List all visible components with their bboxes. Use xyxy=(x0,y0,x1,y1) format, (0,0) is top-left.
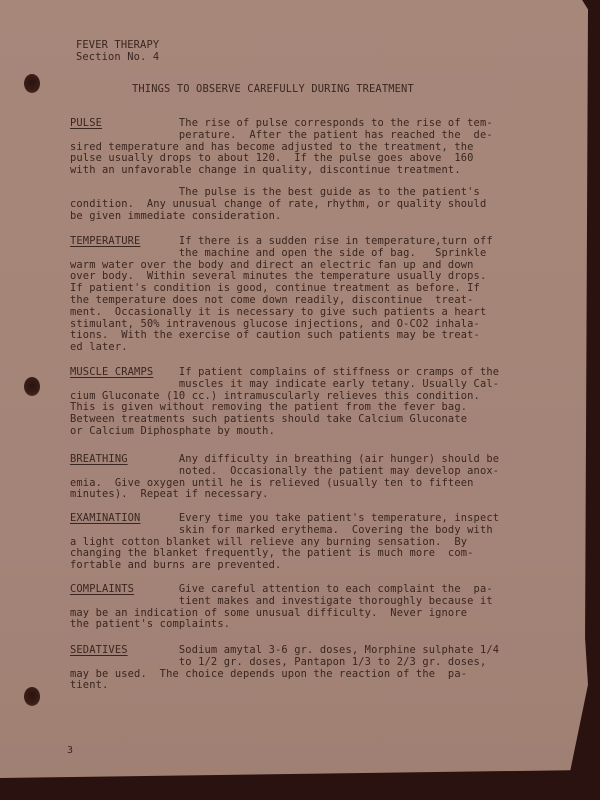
document-title: THINGS TO OBSERVE CAREFULLY DURING TREAT… xyxy=(132,84,414,96)
paragraph-line: or Calcium Diphosphate by mouth. xyxy=(70,426,532,438)
page-number: 3 xyxy=(67,745,73,757)
punch-hole-middle xyxy=(24,377,40,396)
section-paragraph: The pulse is the best guide as to the pa… xyxy=(70,187,532,222)
paragraph-line: noted. Occasionally the patient may deve… xyxy=(70,466,532,478)
paragraph-line: skin for marked erythema. Covering the b… xyxy=(70,525,532,537)
section-paragraph: Any difficulty in breathing (air hunger)… xyxy=(70,454,532,501)
paragraph-line: tient makes and investigate thoroughly b… xyxy=(70,596,532,608)
paragraph-line: tient. xyxy=(70,680,532,692)
section-paragraph: If there is a sudden rise in temperature… xyxy=(70,236,532,354)
section-paragraph: The rise of pulse corresponds to the ris… xyxy=(70,118,532,177)
paragraph-line: ed later. xyxy=(70,342,532,354)
punch-hole-bottom xyxy=(24,687,40,706)
paragraph-line: may be used. The choice depends upon the… xyxy=(70,669,532,681)
paragraph-line: be given immediate consideration. xyxy=(70,211,532,223)
paragraph-line: the patient's complaints. xyxy=(70,619,532,631)
paragraph-line: minutes). Repeat if necessary. xyxy=(70,489,532,501)
section-paragraph: Every time you take patient's temperatur… xyxy=(70,513,532,572)
header-line-2: Section No. 4 xyxy=(76,52,159,64)
paragraph-line: tions. With the exercise of caution such… xyxy=(70,330,532,342)
section-paragraph: Give careful attention to each complaint… xyxy=(70,584,532,631)
paragraph-line: condition. Any unusual change of rate, r… xyxy=(70,199,532,211)
paragraph-line: muscles it may indicate early tetany. Us… xyxy=(70,379,532,391)
paragraph-line: ment. Occasionally it is necessary to gi… xyxy=(70,307,532,319)
paragraph-line: perature. After the patient has reached … xyxy=(70,130,532,142)
section-paragraph: Sodium amytal 3-6 gr. doses, Morphine su… xyxy=(70,645,532,692)
document-text: FEVER THERAPY Section No. 4 THINGS TO OB… xyxy=(0,0,600,106)
section-paragraph: If patient complains of stiffness or cra… xyxy=(70,367,532,438)
paragraph-line: the machine and open the side of bag. Sp… xyxy=(70,248,532,260)
paragraph-line: the temperature does not come down readi… xyxy=(70,295,532,307)
paragraph-line: with an unfavorable change in quality, d… xyxy=(70,165,532,177)
paragraph-line: fortable and burns are prevented. xyxy=(70,560,532,572)
paragraph-line: to 1/2 gr. doses, Pantapon 1/3 to 2/3 gr… xyxy=(70,657,532,669)
